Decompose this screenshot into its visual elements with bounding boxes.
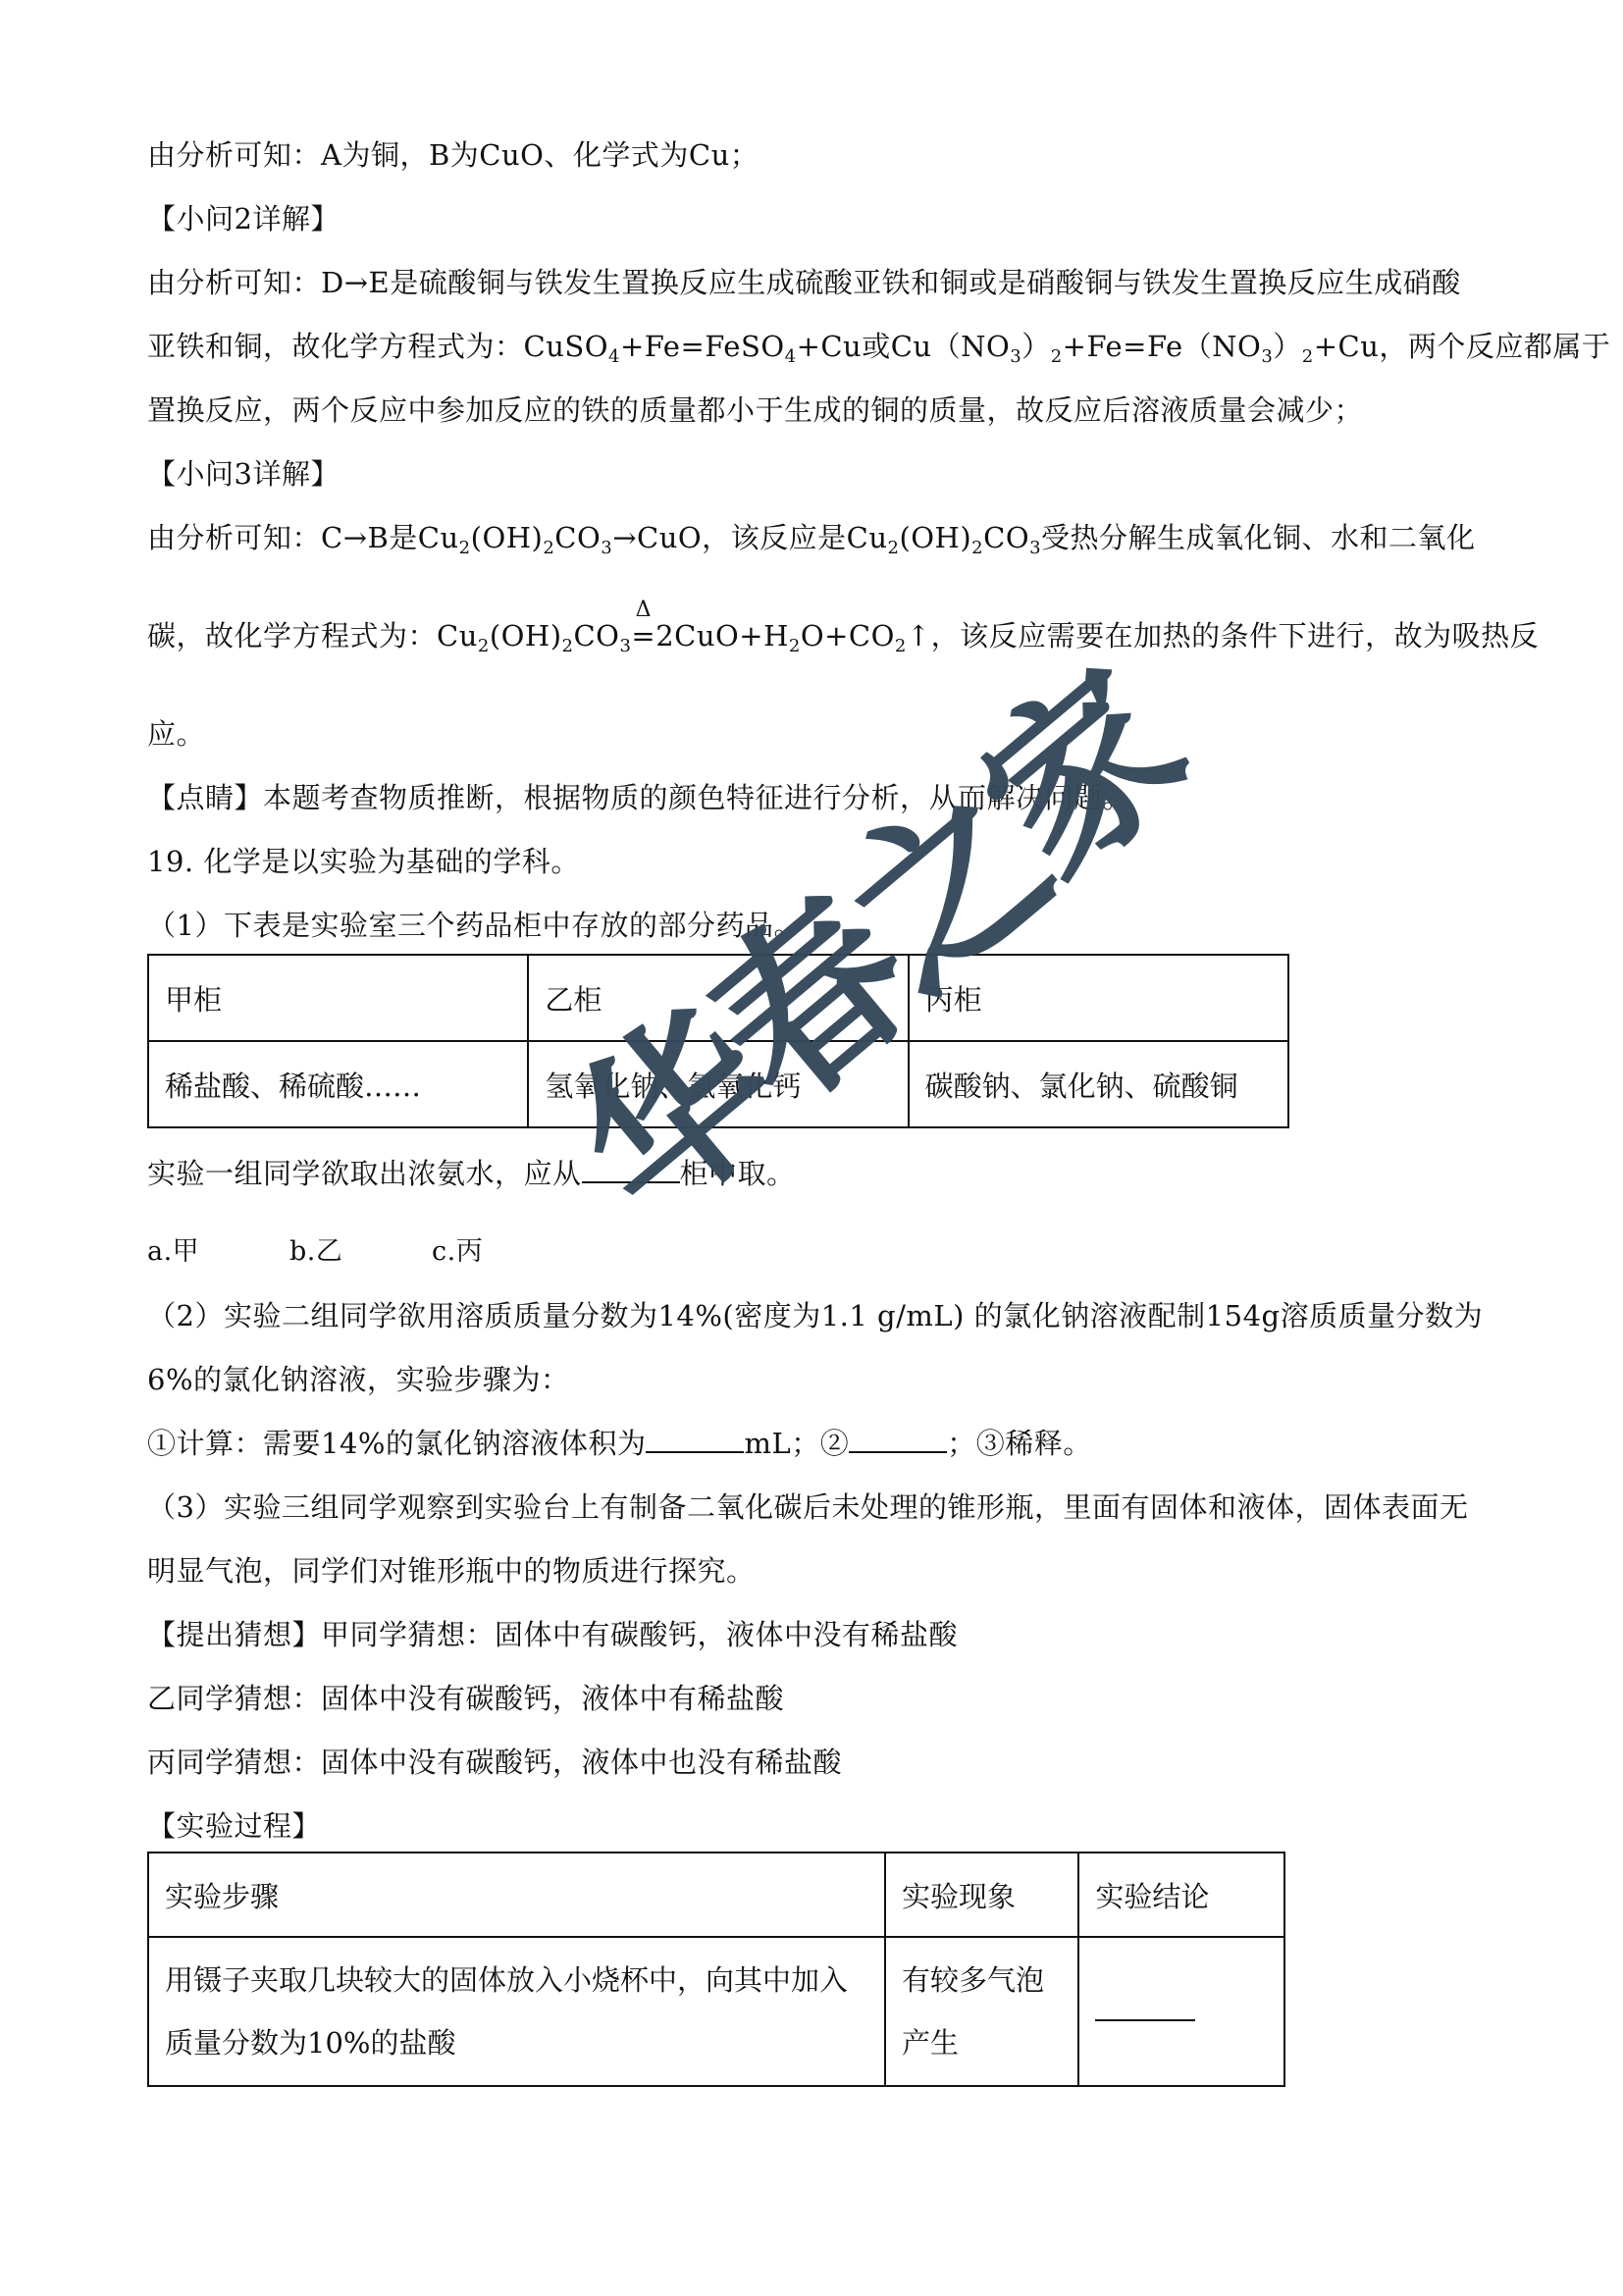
sub: 4 <box>608 346 620 367</box>
table-header-cell: 实验现象 <box>885 1852 1078 1937</box>
question-3-line-1: （3）实验三组同学观察到实验台上有制备二氧化碳后未处理的锥形瓶，里面有固体和液体… <box>147 1487 1468 1527</box>
table-cell: 有较多气泡产生 <box>885 1937 1078 2086</box>
analysis-q2-line-3: 置换反应，两个反应中参加反应的铁的质量都小于生成的铜的质量，故反应后溶液质量会减… <box>147 391 1363 430</box>
text: ①计算：需要14%的氯化钠溶液体积为 <box>147 1427 646 1460</box>
table-header-cell: 乙柜 <box>528 955 908 1041</box>
guess-yi: 乙同学猜想：固体中没有碳酸钙，液体中有稀盐酸 <box>147 1679 784 1718</box>
text: O+CO <box>801 619 895 652</box>
text: +Fe=Fe（NO <box>1063 330 1262 363</box>
text: →CuO，该反应是Cu <box>612 521 887 554</box>
sub: 2 <box>1051 346 1063 367</box>
experiment-table: 实验步骤 实验现象 实验结论 用镊子夹取几块较大的固体放入小烧杯中，向其中加入质… <box>147 1852 1285 2087</box>
text: ↑，该反应需要在加热的条件下进行，故为吸热反 <box>907 619 1539 652</box>
analysis-q2-line-2: 亚铁和铜，故化学方程式为：CuSO4+Fe=FeSO4+Cu或Cu（NO3）2+… <box>147 327 1610 366</box>
sub: 3 <box>601 538 612 558</box>
table-header-cell: 实验结论 <box>1078 1852 1284 1937</box>
sub: 2 <box>543 538 554 558</box>
sub: 4 <box>785 346 797 367</box>
text: ） <box>1021 330 1051 363</box>
text: CO <box>983 521 1029 554</box>
sub: 2 <box>459 538 471 558</box>
text: 由分析可知：C→B是Cu <box>147 521 459 554</box>
text: +Fe=FeSO <box>620 330 785 363</box>
conclusion-cell <box>1078 1937 1284 2086</box>
analysis-q3-line-1: 由分析可知：C→B是Cu2(OH)2CO3→CuO，该反应是Cu2(OH)2CO… <box>147 518 1476 557</box>
analysis-q2-line-1: 由分析可知：D→E是硫酸铜与铁发生置换反应生成硫酸亚铁和铜或是硝酸铜与铁发生置换… <box>147 263 1461 302</box>
heat-condition-sign: Δ= <box>631 616 655 655</box>
question-2-line-1: （2）实验二组同学欲用溶质质量分数为14%(密度为1.1 g/mL) 的氯化钠溶… <box>147 1296 1483 1335</box>
text: +Cu或Cu（NO <box>797 330 1011 363</box>
sub: 3 <box>1010 346 1021 367</box>
option-c: c.丙 <box>432 1236 483 1267</box>
question-19-title: 19. 化学是以实验为基础的学科。 <box>147 842 580 881</box>
table-header-cell: 甲柜 <box>148 955 528 1041</box>
question-2-line-2: 6%的氯化钠溶液，实验步骤为： <box>147 1360 570 1399</box>
step-answer-blank[interactable] <box>849 1426 947 1453</box>
text: (OH) <box>471 521 544 554</box>
text: CO <box>554 521 601 554</box>
guess-jia: 【提出猜想】甲同学猜想：固体中有碳酸钙，液体中没有稀盐酸 <box>147 1615 958 1654</box>
text: 2CuO+H <box>655 619 789 652</box>
text: 受热分解生成氧化铜、水和二氧化 <box>1041 521 1476 554</box>
text: ；③稀释。 <box>947 1427 1092 1460</box>
question-2-line-3: ①计算：需要14%的氯化钠溶液体积为mL；②；③稀释。 <box>147 1424 1092 1463</box>
comment-note: 【点睛】本题考查物质推断，根据物质的颜色特征进行分析，从而解决问题。 <box>147 778 1131 817</box>
analysis-line-1: 由分析可知：A为铜，B为CuO、化学式为Cu； <box>147 135 759 175</box>
table-cell: 稀盐酸、稀硫酸…… <box>148 1041 528 1127</box>
text: ） <box>1273 330 1302 363</box>
text: +Cu，两个反应都属于 <box>1314 330 1611 363</box>
text: mL；② <box>744 1427 849 1460</box>
table-header-cell: 实验步骤 <box>148 1852 885 1937</box>
experiment-process-heading: 【实验过程】 <box>147 1806 321 1846</box>
sub: 3 <box>619 636 631 656</box>
guess-bing: 丙同学猜想：固体中没有碳酸钙，液体中也没有稀盐酸 <box>147 1743 842 1782</box>
option-a: a.甲 <box>147 1232 289 1272</box>
text: (OH) <box>899 521 971 554</box>
table-cell: 碳酸钠、氯化钠、硫酸铜 <box>909 1041 1288 1127</box>
text: 实验一组同学欲取出浓氨水，应从 <box>147 1157 582 1190</box>
answer-blank[interactable] <box>582 1156 680 1183</box>
table-cell: 用镊子夹取几块较大的固体放入小烧杯中，向其中加入质量分数为10%的盐酸 <box>148 1937 885 2086</box>
option-b: b.乙 <box>289 1232 432 1272</box>
sub: 2 <box>888 538 900 558</box>
sub: 2 <box>1302 346 1314 367</box>
delta-symbol: Δ <box>631 591 655 630</box>
analysis-q3-line-3: 应。 <box>147 714 205 754</box>
sub: 2 <box>895 636 907 656</box>
question-1-intro: （1）下表是实验室三个药品柜中存放的部分药品。 <box>147 906 803 945</box>
sub: 2 <box>478 636 490 656</box>
text: (OH) <box>490 619 562 652</box>
question-1-ask: 实验一组同学欲取出浓氨水，应从柜中取。 <box>147 1154 796 1193</box>
table-cell: 氢氧化钠、氢氧化钙 <box>528 1041 908 1127</box>
volume-answer-blank[interactable] <box>646 1426 744 1453</box>
section-heading-q3: 【小问3详解】 <box>147 454 340 494</box>
conclusion-answer-blank[interactable] <box>1095 2019 1195 2021</box>
medicine-cabinet-table: 甲柜 乙柜 丙柜 稀盐酸、稀硫酸…… 氢氧化钠、氢氧化钙 碳酸钠、氯化钠、硫酸铜 <box>147 954 1289 1128</box>
text: 柜中取。 <box>680 1157 796 1190</box>
sub: 2 <box>789 636 801 656</box>
analysis-q3-line-2: 碳，故化学方程式为：Cu2(OH)2CO3Δ=2CuO+H2O+CO2↑，该反应… <box>147 616 1539 655</box>
question-3-line-2: 明显气泡，同学们对锥形瓶中的物质进行探究。 <box>147 1551 756 1591</box>
sub: 3 <box>1029 538 1041 558</box>
sub: 3 <box>1261 346 1273 367</box>
text: 亚铁和铜，故化学方程式为：CuSO <box>147 330 608 363</box>
text: 碳，故化学方程式为：Cu <box>147 619 478 652</box>
table-header-cell: 丙柜 <box>909 955 1288 1041</box>
sub: 2 <box>971 538 983 558</box>
sub: 2 <box>562 636 574 656</box>
answer-options: a.甲b.乙c.丙 <box>147 1232 483 1272</box>
text: CO <box>573 619 619 652</box>
section-heading-q2: 【小问2详解】 <box>147 199 340 238</box>
